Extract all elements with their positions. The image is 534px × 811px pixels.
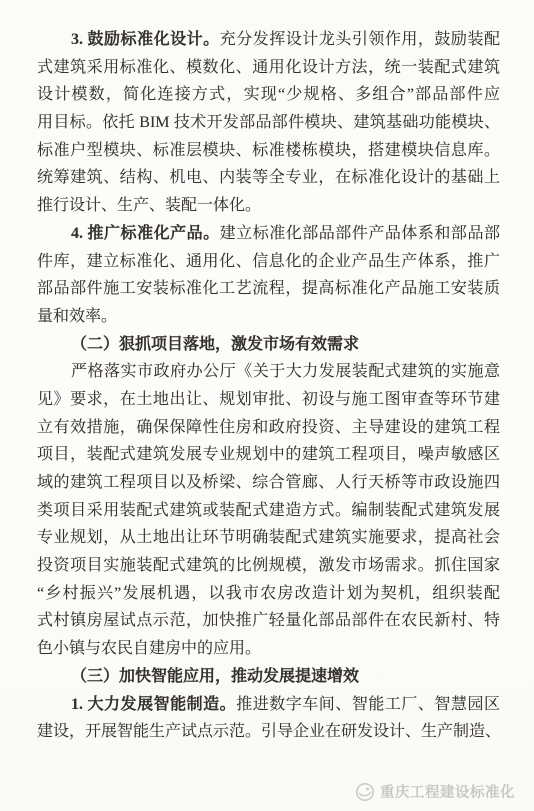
document-page: 3. 鼓励标准化设计。充分发挥设计龙头引领作用，鼓励装配式建筑采用标准化、模数化… xyxy=(0,0,534,811)
text-run: 建设，开展智能生产试点示范。引导企业在研发设计、生产制造、 xyxy=(37,723,500,740)
text-line: “乡村振兴”发展机遇，以我市农房改造计划为契机，组织装配 xyxy=(37,580,500,608)
text-line: 4. 推广标准化产品。建立标准化部品部件产品体系和部品部 xyxy=(37,220,500,248)
text-run: 式村镇房屋试点示范，加快推广轻量化部品部件在农民新村、特 xyxy=(37,612,500,629)
text-run: 推进数字车间、智能工厂、智慧园区 xyxy=(236,696,500,713)
text-line: 1. 大力发展智能制造。推进数字车间、智能工厂、智慧园区 xyxy=(37,691,500,719)
text-line: 式建筑采用标准化、模数化、通用化设计方法，统一装配式建筑 xyxy=(37,54,500,82)
text-run-bold: （三）加快智能应用，推动发展提速增效 xyxy=(71,668,359,685)
text-line: 件库，建立标准化、通用化、信息化的企业产品生产体系，推广 xyxy=(37,248,500,276)
text-run: 投资项目实施装配式建筑的比例规模，激发市场需求。抓住国家 xyxy=(37,557,500,574)
text-line: 部品部件施工安装标准化工艺流程，提高标准化产品施工安装质 xyxy=(37,275,500,303)
watermark-logo-icon xyxy=(355,782,375,802)
text-run-bold: 1. 大力发展智能制造。 xyxy=(71,696,236,713)
text-line: 专业规划，从土地出让环节明确装配式建筑实施要求，提高社会 xyxy=(37,524,500,552)
text-run: 式建筑采用标准化、模数化、通用化设计方法，统一装配式建筑 xyxy=(37,59,500,76)
text-line: 式村镇房屋试点示范，加快推广轻量化部品部件在农民新村、特 xyxy=(37,607,500,635)
text-run: 设计模数，简化连接方式，实现“少规格、多组合”部品部件应 xyxy=(37,86,500,103)
text-run: 类项目采用装配式建筑或装配式建造方式。编制装配式建筑发展 xyxy=(37,502,500,519)
text-run: 域的建筑工程项目以及桥梁、综合管廊、人行天桥等市政设施四 xyxy=(37,474,500,491)
text-run: 建立标准化部品部件产品体系和部品部 xyxy=(220,225,500,242)
text-run: 件库，建立标准化、通用化、信息化的企业产品生产体系，推广 xyxy=(37,253,500,270)
text-line: 立有效措施，确保保障性住房和政府投资、主导建设的建筑工程 xyxy=(37,414,500,442)
text-line: 严格落实市政府办公厅《关于大力发展装配式建筑的实施意 xyxy=(37,358,500,386)
text-run: 严格落实市政府办公厅《关于大力发展装配式建筑的实施意 xyxy=(71,363,500,380)
text-run: 立有效措施，确保保障性住房和政府投资、主导建设的建筑工程 xyxy=(37,419,500,436)
document-text-block: 3. 鼓励标准化设计。充分发挥设计龙头引领作用，鼓励装配式建筑采用标准化、模数化… xyxy=(37,26,500,746)
watermark-text: 重庆工程建设标准化 xyxy=(380,781,515,802)
text-line: 设计模数，简化连接方式，实现“少规格、多组合”部品部件应 xyxy=(37,81,500,109)
text-run: 项目，装配式建筑发展专业规划中的建筑工程项目，噪声敏感区 xyxy=(37,446,500,463)
text-run: 充分发挥设计龙头引领作用，鼓励装配 xyxy=(220,31,500,48)
text-line: 量和效率。 xyxy=(37,303,500,331)
text-run: 见》要求，在土地出让、规划审批、初设与施工图审查等环节建 xyxy=(37,391,500,408)
text-line: 色小镇与农民自建房中的应用。 xyxy=(37,635,500,663)
text-run-bold: （二）狠抓项目落地，激发市场有效需求 xyxy=(71,336,359,353)
text-run: 用目标。依托 BIM 技术开发部品部件模块、建筑基础功能模块、 xyxy=(37,114,500,131)
text-line: 建设，开展智能生产试点示范。引导企业在研发设计、生产制造、 xyxy=(37,718,500,746)
text-line: 3. 鼓励标准化设计。充分发挥设计龙头引领作用，鼓励装配 xyxy=(37,26,500,54)
text-run: 推行设计、生产、装配一体化。 xyxy=(37,197,261,214)
text-run: 标准户型模块、标准层模块、标准楼栋模块，搭建模块信息库。 xyxy=(37,142,500,159)
text-run: 统筹建筑、结构、机电、内装等全专业，在标准化设计的基础上 xyxy=(37,169,500,186)
text-line: （三）加快智能应用，推动发展提速增效 xyxy=(37,663,500,691)
text-line: 统筹建筑、结构、机电、内装等全专业，在标准化设计的基础上 xyxy=(37,164,500,192)
text-line: 类项目采用装配式建筑或装配式建造方式。编制装配式建筑发展 xyxy=(37,497,500,525)
text-line: 域的建筑工程项目以及桥梁、综合管廊、人行天桥等市政设施四 xyxy=(37,469,500,497)
text-run-bold: 4. 推广标准化产品。 xyxy=(71,225,220,242)
text-line: 推行设计、生产、装配一体化。 xyxy=(37,192,500,220)
text-line: （二）狠抓项目落地，激发市场有效需求 xyxy=(37,331,500,359)
text-run: 色小镇与农民自建房中的应用。 xyxy=(37,640,261,657)
text-run: “乡村振兴”发展机遇，以我市农房改造计划为契机，组织装配 xyxy=(37,585,500,602)
text-run: 部品部件施工安装标准化工艺流程，提高标准化产品施工安装质 xyxy=(37,280,500,297)
text-line: 投资项目实施装配式建筑的比例规模，激发市场需求。抓住国家 xyxy=(37,552,500,580)
text-line: 见》要求，在土地出让、规划审批、初设与施工图审查等环节建 xyxy=(37,386,500,414)
text-run: 量和效率。 xyxy=(37,308,117,325)
text-line: 项目，装配式建筑发展专业规划中的建筑工程项目，噪声敏感区 xyxy=(37,441,500,469)
text-run-bold: 3. 鼓励标准化设计。 xyxy=(71,31,220,48)
text-line: 用目标。依托 BIM 技术开发部品部件模块、建筑基础功能模块、 xyxy=(37,109,500,137)
text-line: 标准户型模块、标准层模块、标准楼栋模块，搭建模块信息库。 xyxy=(37,137,500,165)
watermark: 重庆工程建设标准化 xyxy=(355,781,515,802)
text-run: 专业规划，从土地出让环节明确装配式建筑实施要求，提高社会 xyxy=(37,529,500,546)
